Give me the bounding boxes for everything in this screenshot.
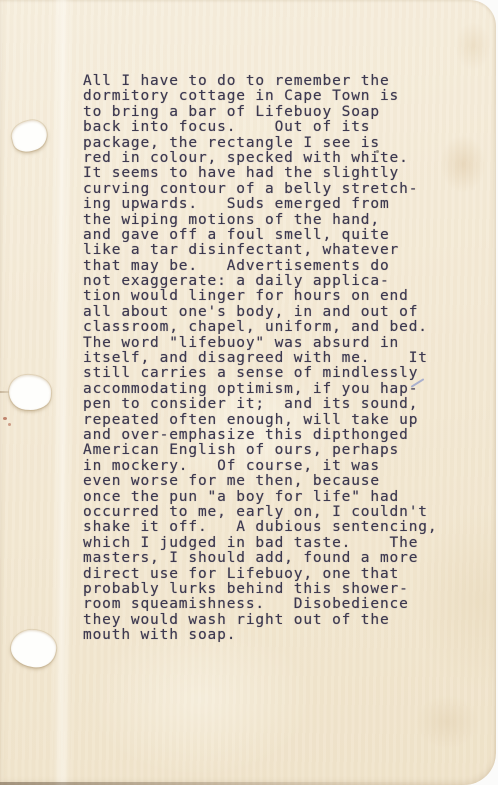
paper-page: All I have to do to remember thedormitor… [0,0,496,785]
typewritten-line: once the pun "a boy for life" had [83,490,473,505]
typewritten-line: itself, and disagreed with me. It [83,351,473,366]
rust-speck [8,423,11,426]
punch-hole [8,374,52,412]
typewritten-line: ing upwards. Suds emerged from [83,197,473,212]
typewritten-line: All I have to do to remember the [83,74,473,89]
typewritten-line: to bring a bar of Lifebuoy Soap [83,105,473,120]
typewritten-line: mouth with soap. [83,628,473,643]
typewritten-line: like a tar disinfectant, whatever [83,243,473,258]
typewritten-line: which I judged in bad taste. The [83,536,473,551]
stain [415,695,479,749]
typewritten-line: direct use for Lifebuoy, one that [83,567,473,582]
typewritten-line: all about one's body, in and out of [83,305,473,320]
ink-speck [376,150,379,153]
typewritten-line: package, the rectangle I see is [83,136,473,151]
typewritten-line: probably lurks behind this shower- [83,582,473,597]
typewritten-line: tion would linger for hours on end [83,289,473,304]
paper-crease [52,0,72,785]
typewritten-line: It seems to have had the slightly [83,166,473,181]
typewritten-line: the wiping motions of the hand, [83,213,473,228]
typewritten-line: in mockery. Of course, it was [83,459,473,474]
typewritten-line: repeated often enough, will take up [83,413,473,428]
rust-speck [3,417,7,420]
typewritten-line: and gave off a foul smell, quite [83,228,473,243]
typewritten-line: not exaggerate: a daily applica- [83,274,473,289]
typewritten-line: red in colour, specked with white. [83,151,473,166]
typewritten-line: curving contour of a belly stretch- [83,182,473,197]
punch-hole [9,627,59,670]
typewritten-line: and over-emphasize this dipthonged [83,428,473,443]
typewritten-line: classroom, chapel, uniform, and bed. [83,320,473,335]
typewritten-line: occurred to me, early on, I couldn't [83,505,473,520]
typewritten-line: still carries a sense of mindlessly [83,366,473,381]
typewritten-line: room squeamishness. Disobedience [83,597,473,612]
stain [455,22,491,70]
typewritten-line: that may be. Advertisements do [83,259,473,274]
punch-hole [9,117,50,155]
typewritten-line: dormitory cottage in Cape Town is [83,89,473,104]
typewritten-line: back into focus. Out of its [83,120,473,135]
typewritten-line: American English of ours, perhaps [83,443,473,458]
typewritten-line: The word "lifebuoy" was absurd in [83,336,473,351]
typewritten-line: pen to consider it; and its sound, [83,397,473,412]
typewritten-line: shake it off. A dubious sentencing, [83,520,473,535]
typewritten-line: they would wash right out of the [83,613,473,628]
typewritten-line: masters, I should add, found a more [83,551,473,566]
typewritten-line: even worse for me then, because [83,474,473,489]
text-block: All I have to do to remember thedormitor… [83,74,473,643]
scanned-page-background: All I have to do to remember thedormitor… [0,0,498,785]
